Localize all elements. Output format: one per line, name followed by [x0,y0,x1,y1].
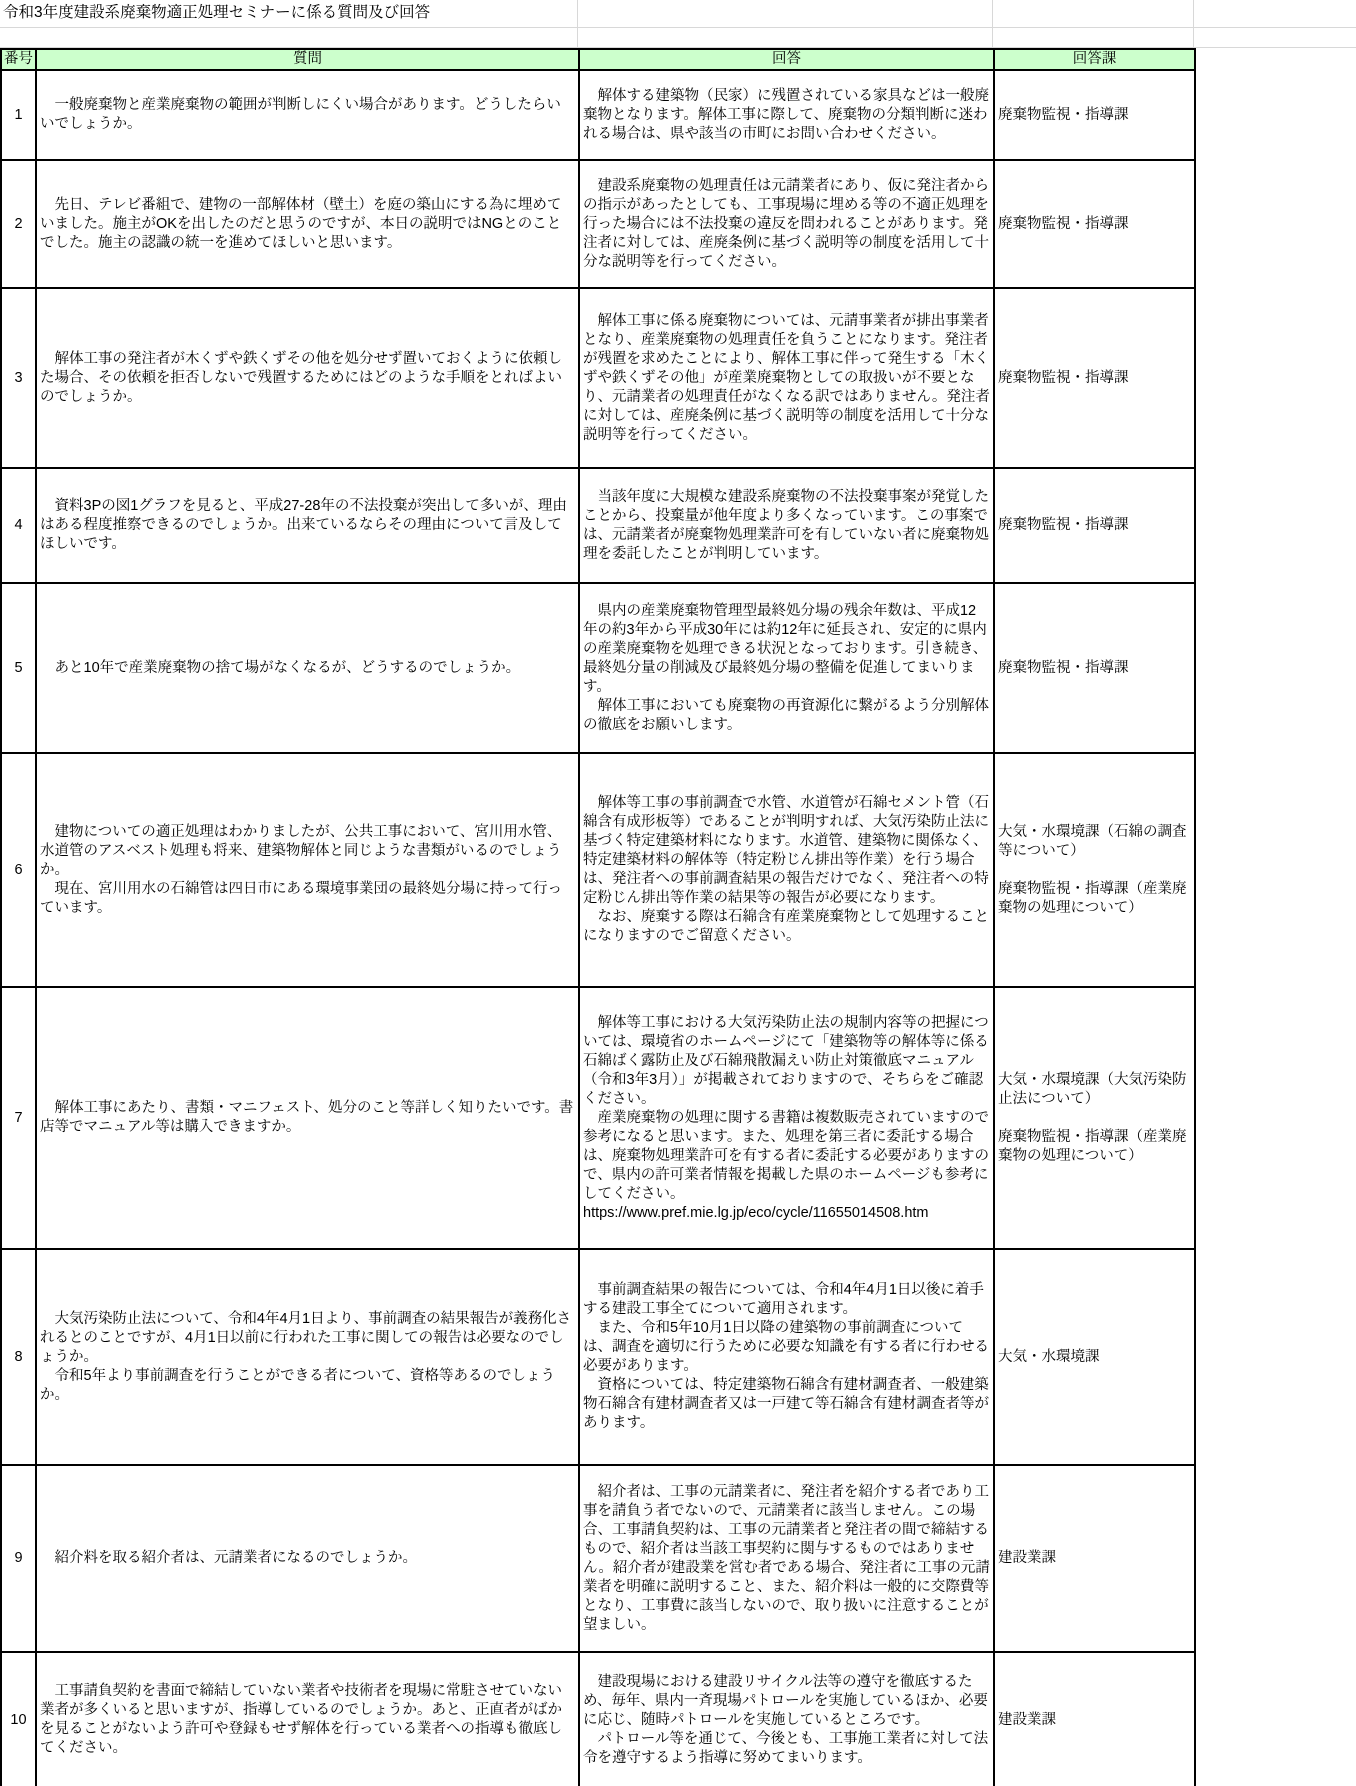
empty-cell [993,0,1194,28]
question-cell: 建物についての適正処理はわかりましたが、公共工事において、宮川用水管、水道管のア… [36,753,579,987]
col-header-number: 番号 [1,49,36,70]
question-cell: あと10年で産業廃棄物の捨て場がなくなるが、どうするのでしょうか。 [36,583,579,753]
empty-cell [1194,28,1356,48]
department-cell: 大気・水環境課 [994,1249,1195,1465]
table-row: 4 資料3Pの図1グラフを見ると、平成27-28年の不法投棄が突出して多いが、理… [1,468,1195,583]
department-cell: 廃棄物監視・指導課 [994,468,1195,583]
answer-cell: 解体工事に係る廃棄物については、元請事業者が排出事業者となり、産業廃棄物の処理責… [579,288,994,468]
table-row: 2 先日、テレビ番組で、建物の一部解体材（壁土）を庭の築山にする為に埋めていまし… [1,160,1195,288]
col-header-department: 回答課 [994,49,1195,70]
department-cell: 廃棄物監視・指導課 [994,288,1195,468]
table-row: 10 工事請負契約を書面で締結していない業者や技術者を現場に常駐させていない業者… [1,1652,1195,1786]
row-number: 9 [1,1465,36,1652]
department-cell: 建設業課 [994,1465,1195,1652]
row-number: 10 [1,1652,36,1786]
table-row: 3 解体工事の発注者が木くずや鉄くずその他を処分せず置いておくように依頼した場合… [1,288,1195,468]
question-cell: 大気汚染防止法について、令和4年4月1日より、事前調査の結果報告が義務化されると… [36,1249,579,1465]
answer-cell: 建設現場における建設リサイクル法等の遵守を徹底するため、毎年、県内一斉現場パトロ… [579,1652,994,1786]
department-cell: 大気・水環境課（大気汚染防止法について） 廃棄物監視・指導課（産業廃棄物の処理に… [994,987,1195,1249]
row-number: 7 [1,987,36,1249]
answer-cell: 解体等工事における大気汚染防止法の規制内容等の把握については、環境省のホームペー… [579,987,994,1249]
row-number: 2 [1,160,36,288]
empty-cell [578,28,993,48]
question-cell: 一般廃棄物と産業廃棄物の範囲が判断しにくい場合があります。どうしたらいいでしょう… [36,70,579,160]
table-row: 9 紹介料を取る紹介者は、元請業者になるのでしょうか。 紹介者は、工事の元請業者… [1,1465,1195,1652]
department-cell: 建設業課 [994,1652,1195,1786]
table-row: 8 大気汚染防止法について、令和4年4月1日より、事前調査の結果報告が義務化され… [1,1249,1195,1465]
row-number: 4 [1,468,36,583]
qa-table: 番号 質問 回答 回答課 1 一般廃棄物と産業廃棄物の範囲が判断しにくい場合があ… [0,48,1196,1786]
department-cell: 大気・水環境課（石綿の調査等について） 廃棄物監視・指導課（産業廃棄物の処理につ… [994,753,1195,987]
row-number: 3 [1,288,36,468]
answer-cell: 事前調査結果の報告については、令和4年4月1日以後に着手する建設工事全てについて… [579,1249,994,1465]
header-row: 番号 質問 回答 回答課 [1,49,1195,70]
question-cell: 先日、テレビ番組で、建物の一部解体材（壁土）を庭の築山にする為に埋めていました。… [36,160,579,288]
answer-cell: 解体等工事の事前調査で水管、水道管が石綿セメント管（石綿含有成形板等）であること… [579,753,994,987]
answer-cell: 県内の産業廃棄物管理型最終処分場の残余年数は、平成12年の約3年から平成30年に… [579,583,994,753]
col-header-answer: 回答 [579,49,994,70]
answer-cell: 当該年度に大規模な建設系廃棄物の不法投棄事案が発覚したことから、投棄量が他年度よ… [579,468,994,583]
col-header-question: 質問 [36,49,579,70]
question-cell: 解体工事にあたり、書類・マニフェスト、処分のこと等詳しく知りたいです。書店等でマ… [36,987,579,1249]
empty-cell [1194,0,1356,28]
spreadsheet: 令和3年度建設系廃棄物適正処理セミナーに係る質問及び回答 番号 質問 回答 回答… [0,0,1356,1786]
question-cell: 解体工事の発注者が木くずや鉄くずその他を処分せず置いておくように依頼した場合、そ… [36,288,579,468]
empty-cell [0,28,578,48]
answer-cell: 建設系廃棄物の処理責任は元請業者にあり、仮に発注者からの指示があったとしても、工… [579,160,994,288]
empty-cell [578,0,993,28]
department-cell: 廃棄物監視・指導課 [994,70,1195,160]
blank-row [0,28,1356,48]
table-row: 5 あと10年で産業廃棄物の捨て場がなくなるが、どうするのでしょうか。 県内の産… [1,583,1195,753]
department-cell: 廃棄物監視・指導課 [994,583,1195,753]
answer-cell: 紹介者は、工事の元請業者に、発注者を紹介する者であり工事を請負う者でないので、元… [579,1465,994,1652]
empty-cell [993,28,1194,48]
title-row: 令和3年度建設系廃棄物適正処理セミナーに係る質問及び回答 [0,0,1356,28]
question-cell: 紹介料を取る紹介者は、元請業者になるのでしょうか。 [36,1465,579,1652]
row-number: 8 [1,1249,36,1465]
answer-cell: 解体する建築物（民家）に残置されている家具などは一般廃棄物となります。解体工事に… [579,70,994,160]
question-cell: 資料3Pの図1グラフを見ると、平成27-28年の不法投棄が突出して多いが、理由は… [36,468,579,583]
row-number: 6 [1,753,36,987]
table-row: 7 解体工事にあたり、書類・マニフェスト、処分のこと等詳しく知りたいです。書店等… [1,987,1195,1249]
question-cell: 工事請負契約を書面で締結していない業者や技術者を現場に常駐させていない業者が多く… [36,1652,579,1786]
table-row: 1 一般廃棄物と産業廃棄物の範囲が判断しにくい場合があります。どうしたらいいでし… [1,70,1195,160]
department-cell: 廃棄物監視・指導課 [994,160,1195,288]
page-title: 令和3年度建設系廃棄物適正処理セミナーに係る質問及び回答 [0,0,578,28]
row-number: 1 [1,70,36,160]
table-row: 6 建物についての適正処理はわかりましたが、公共工事において、宮川用水管、水道管… [1,753,1195,987]
row-number: 5 [1,583,36,753]
